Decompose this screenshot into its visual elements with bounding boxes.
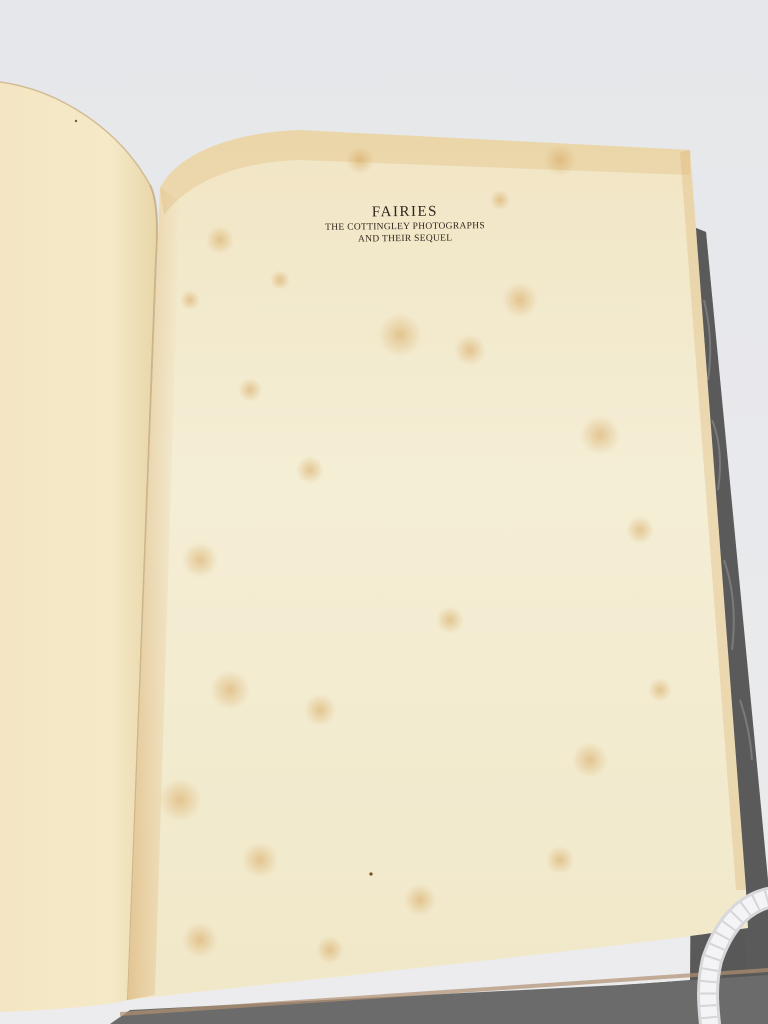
photo-scene: FAIRIES THE COTTINGLEY PHOTOGRAPHS AND T…: [0, 0, 768, 1024]
book-subtitle-line2: AND THEIR SEQUEL: [290, 232, 520, 246]
open-book: [0, 0, 768, 1024]
title-page-text: FAIRIES THE COTTINGLEY PHOTOGRAPHS AND T…: [290, 202, 520, 246]
book-title: FAIRIES: [290, 202, 520, 222]
right-page: [128, 130, 748, 1000]
